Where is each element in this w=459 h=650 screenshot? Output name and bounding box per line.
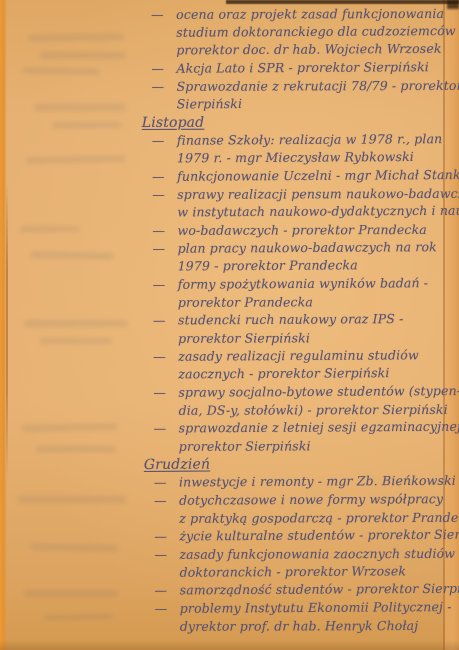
dash-marker: — [155, 581, 168, 599]
handwritten-line: — finanse Szkoły: realizacja w 1978 r., … [139, 130, 453, 150]
page-left-edge-line [6, 180, 8, 480]
dash-marker: — [153, 384, 166, 402]
dash-marker: — [153, 240, 166, 258]
bleed-through-smudge [40, 338, 112, 344]
line-text: sprawozdanie z letniej sesji egzaminacyj… [179, 419, 459, 436]
handwritten-line: — formy spożytkowania wyników badań - [140, 274, 454, 294]
handwritten-line: 1979 - prorektor Prandecka [140, 256, 454, 276]
line-text: Sprawozdanie z rekrutacji 78/79 - prorek… [177, 78, 459, 94]
dash-marker: — [153, 312, 166, 330]
line-text: prorektor Sierpiński [178, 330, 310, 345]
handwriting-block: — ocena oraz projekt zasad funkcjonowani… [138, 4, 456, 636]
handwritten-line: — Akcja Lato i SPR - prorektor Sierpińsk… [138, 58, 452, 78]
section-heading: Listopad [139, 113, 453, 132]
scan-bottom-shadow [0, 640, 459, 650]
bleed-through-smudge [24, 320, 128, 327]
line-text: dotychczasowe i nowe formy współpracy [179, 491, 443, 508]
line-text: z praktyką gospodarczą - prorektor Prand… [179, 510, 459, 526]
handwritten-line: — ocena oraz projekt zasad funkcjonowani… [138, 5, 452, 24]
bleed-through-smudge [22, 423, 118, 432]
dash-marker: — [152, 222, 165, 240]
line-text: studium doktoranckiego dla cudzoziemców … [176, 23, 459, 40]
handwritten-line: — funkcjonowanie Uczelni - mgr Michał St… [139, 166, 453, 186]
bleed-through-smudge [22, 67, 100, 74]
line-text: dia, DS-y, stołówki) - prorektor Sierpiń… [179, 402, 448, 418]
line-text: dyrektor prof. dr hab. Henryk Chołaj [180, 618, 418, 634]
dash-marker: — [155, 600, 168, 618]
dash-marker: — [153, 276, 166, 294]
dash-marker: — [154, 473, 167, 491]
handwritten-line: studium doktoranckiego dla cudzoziemców … [138, 22, 452, 42]
line-text: Sierpiński [177, 96, 243, 111]
handwritten-line: — życie kulturalne studentów - prorektor… [141, 526, 455, 546]
line-text: 1979 r. - mgr Mieczysław Rybkowski [177, 149, 414, 165]
handwritten-line: — zasady realizacji regulaminu studiów [140, 346, 454, 366]
line-text: sprawy realizacji pensum naukowo-badawcz… [177, 186, 459, 202]
dash-marker: — [151, 60, 164, 78]
line-text: samorządność studentów - prorektor Sierp… [180, 581, 459, 598]
line-text: ocena oraz projekt zasad funkcjonowania [176, 6, 444, 22]
bleed-through-smudge [30, 543, 118, 552]
dash-marker: — [152, 78, 165, 96]
line-text: prorektor Sierpiński [179, 438, 311, 453]
line-text: prorektor doc. dr hab. Wojciech Wrzosek [176, 41, 441, 58]
bleed-through-smudge [18, 496, 126, 503]
line-text: studencki ruch naukowy oraz IPS - [178, 311, 404, 327]
dash-marker: — [154, 546, 167, 564]
dash-marker: — [154, 527, 167, 545]
bleed-through-smudge [36, 446, 116, 452]
line-text: problemy Instytutu Ekonomii Politycznej … [180, 599, 452, 616]
dash-marker: — [154, 492, 167, 510]
section-heading: Grudzień [141, 454, 455, 474]
line-text: doktoranckich - prorektor Wrzosek [179, 563, 406, 579]
handwritten-line: — wo-badawczych - prorektor Prandecka [139, 221, 453, 240]
handwritten-line: — inwestycje i remonty - mgr Zb. Bieńkow… [141, 472, 455, 492]
bleed-through-smudge [44, 613, 114, 620]
bleed-through-smudge [34, 104, 126, 111]
handwritten-line: Sierpiński [139, 94, 453, 114]
bleed-through-smudge [30, 251, 114, 259]
line-text: finanse Szkoły: realizacja w 1978 r., pl… [177, 131, 443, 148]
handwritten-line: prorektor Sierpiński [140, 329, 454, 348]
bleed-through-smudge [20, 226, 80, 232]
bleed-through-smudge [24, 590, 118, 597]
line-text: Grudzień [144, 457, 210, 473]
dash-marker: — [152, 132, 165, 150]
line-text: Akcja Lato i SPR - prorektor Sierpiński [176, 59, 429, 76]
handwritten-line: 1979 r. - mgr Mieczysław Rybkowski [139, 148, 453, 168]
bleed-through-smudge [40, 52, 126, 59]
handwritten-line: zaocznych - prorektor Sierpiński [140, 364, 454, 384]
handwritten-line: — sprawozdanie z letniej sesji egzaminac… [141, 418, 455, 438]
dash-marker: — [151, 6, 164, 24]
line-text: zasady realizacji regulaminu studiów [178, 347, 419, 363]
dash-marker: — [154, 420, 167, 438]
line-text: sprawy socjalno-bytowe studentów (stypen… [178, 383, 459, 400]
handwritten-line: — problemy Instytutu Ekonomii Polityczne… [142, 598, 456, 618]
scanned-page: — ocena oraz projekt zasad funkcjonowani… [0, 0, 459, 650]
line-text: inwestycje i remonty - mgr Zb. Bieńkowsk… [179, 473, 456, 490]
dash-marker: — [152, 168, 165, 186]
line-text: Listopad [142, 115, 205, 131]
handwritten-line: prorektor Sierpiński [141, 437, 455, 456]
line-text: funkcjonowanie Uczelni - mgr Michał Stan… [177, 167, 459, 184]
bleed-through-smudge [28, 33, 124, 42]
line-text: zaocznych - prorektor Sierpiński [178, 365, 389, 381]
bleed-through-smudge [26, 155, 126, 164]
handwritten-line: w instytutach naukowo-dydaktycznych i na… [139, 202, 453, 222]
handwritten-line: — samorządność studentów - prorektor Sie… [142, 580, 456, 600]
line-text: 1979 - prorektor Prandecka [178, 257, 358, 273]
bleed-through-smudge [52, 122, 122, 128]
handwritten-line: — sprawy socjalno-bytowe studentów (styp… [140, 382, 454, 402]
line-text: życie kulturalne studentów - prorektor S… [179, 526, 459, 543]
handwritten-line: — zasady funkcjonowania zaocznych studió… [141, 545, 455, 564]
line-text: zasady funkcjonowania zaocznych studiów [179, 546, 455, 562]
handwritten-line: — plan pracy naukowo-badawczych na rok [140, 238, 454, 258]
line-text: w instytutach naukowo-dydaktycznych i na… [177, 203, 459, 220]
handwritten-line: doktoranckich - prorektor Wrzosek [141, 562, 455, 582]
handwritten-line: prorektor doc. dr hab. Wojciech Wrzosek [138, 40, 452, 60]
line-text: formy spożytkowania wyników badań - [178, 275, 428, 292]
dash-marker: — [152, 186, 165, 204]
handwritten-line: — studencki ruch naukowy oraz IPS - [140, 310, 454, 330]
dash-marker: — [153, 348, 166, 366]
line-text: plan pracy naukowo-badawczych na rok [178, 239, 437, 256]
line-text: wo-badawczych - prorektor Prandecka [177, 222, 427, 238]
line-text: prorektor Prandecka [178, 294, 313, 309]
handwritten-line: — dotychczasowe i nowe formy współpracy [141, 490, 455, 510]
handwritten-line: dyrektor prof. dr hab. Henryk Chołaj [142, 617, 456, 636]
